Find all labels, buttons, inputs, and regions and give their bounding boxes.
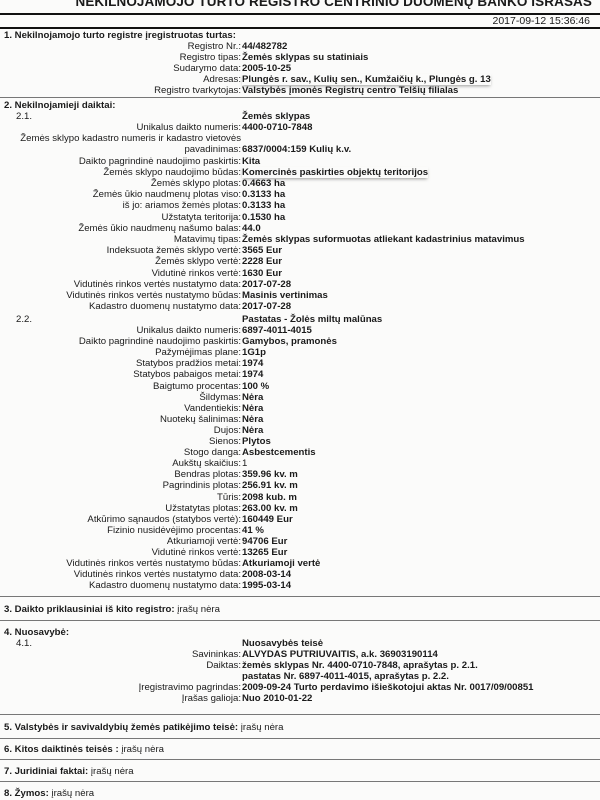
field-label: pavadinimas: [184,144,241,155]
field-value: 2228 Eur [242,256,282,267]
field-value: 2017-07-28 [242,301,291,312]
field-row: Vidutinės rinkos vertės nustatymo būdas:… [0,558,600,569]
field-value: 2008-03-14 [242,569,291,580]
field-label: Stogo danga: [184,447,241,458]
field-label: Registro Nr.: [188,41,241,52]
field-value: Gamybos, pramonės [242,336,337,347]
field-label: Sudarymo data: [173,63,241,74]
section-8-heading: 8. Žymos: įrašų nėra [4,788,94,799]
field-row: Pagrindinis plotas:256.91 kv. m [0,480,600,491]
field-row: Daikto pagrindinė naudojimo paskirtis:Ga… [0,336,600,347]
field-label: Unikalus daikto numeris: [136,325,241,336]
field-row: Nuotekų šalinimas:Nėra [0,414,600,425]
field-row: Unikalus daikto numeris:4400-0710-7848 [0,122,600,133]
field-label: Statybos pabaigos metai: [133,369,241,380]
field-value: 2098 kub. m [242,492,297,503]
field-value: Asbestcementis [242,447,316,458]
field-label: Vidutinės rinkos vertės nustatymo data: [74,569,241,580]
field-value: 0.3133 ha [242,189,285,200]
field-label: Vidutinė rinkos vertė: [152,547,241,558]
field-row: Vidutinės rinkos vertės nustatymo data:2… [0,279,600,290]
field-row: Žemės sklypo vertė:2228 Eur [0,256,600,267]
field-label: Kadastro duomenų nustatymo data: [89,301,241,312]
field-row: Statybos pabaigos metai:1974 [0,369,600,380]
field-label: Bendras plotas: [174,469,241,480]
field-label: Šildymas: [199,392,241,403]
field-value: 4400-0710-7848 [242,122,312,133]
field-row: Sienos:Plytos [0,436,600,447]
field-row: Pažymėjimas plane:1G1p [0,347,600,358]
field-value: 263.00 kv. m [242,503,298,514]
field-row: Žemės ūkio naudmenų našumo balas:44.0 [0,223,600,234]
divider [0,620,600,621]
field-label: Vidutinės rinkos vertės nustatymo būdas: [66,558,241,569]
field-label: Užstatyta teritorija: [162,212,241,223]
field-label: Vidutinės rinkos vertės nustatymo būdas: [66,290,241,301]
field-label: Žemės sklypo vertė: [155,256,241,267]
field-row: Žemės ūkio naudmenų plotas viso:0.3133 h… [0,189,600,200]
field-label: Statybos pradžios metai: [136,358,241,369]
field-value: Plungės r. sav., Kulių sen., Kumžaičių k… [242,74,491,85]
field-value: Kita [242,156,260,167]
field-value: Komercinės paskirties objektų teritorijo… [242,167,428,178]
field-row: Stogo danga:Asbestcementis [0,447,600,458]
field-value: 1G1p [242,347,266,358]
field-label: Atkuriamoji vertė: [167,536,241,547]
field-value: Žemės sklypas suformuotas atliekant kada… [242,234,525,245]
field-label: Unikalus daikto numeris: [136,122,241,133]
section-6-heading: 6. Kitos daiktinės teisės : įrašų nėra [4,744,164,755]
item-number: 2.2. [16,314,32,325]
field-label: Fizinio nusidėvėjimo procentas: [107,525,241,536]
field-row: Registro tipas:Žemės sklypas su statinia… [0,52,600,63]
divider [0,596,600,597]
object-row: Daiktas: žemės sklypas Nr. 4400-0710-784… [0,660,600,671]
item-number: 2.1. [16,111,32,122]
field-label: Registro tvarkytojas: [154,85,241,96]
field-row: Vidutinė rinkos vertė:13265 Eur [0,547,600,558]
no-records-note: įrašų nėra [51,788,94,799]
field-value: Nėra [242,392,263,403]
field-label: Kadastro duomenų nustatymo data: [89,580,241,591]
field-label: Adresas: [203,74,241,85]
field-value: 41 % [242,525,264,536]
field-label: Matavimų tipas: [174,234,241,245]
object-row-2: pastatas Nr. 6897-4011-4015, aprašytas p… [0,671,600,682]
field-row: Daikto pagrindinė naudojimo paskirtis:Ki… [0,156,600,167]
field-row: Adresas:Plungės r. sav., Kulių sen., Kum… [0,74,600,85]
item-title: Žemės sklypas [242,111,310,122]
divider [0,27,600,29]
field-value: 0.4663 ha [242,178,285,189]
field-label: Užstatytas plotas: [165,503,241,514]
field-row: Tūris:2098 kub. m [0,492,600,503]
field-value: 94706 Eur [242,536,287,547]
field-value: 2005-10-25 [242,63,291,74]
field-label: Baigtumo procentas: [153,381,241,392]
field-label: Daikto pagrindinė naudojimo paskirtis: [79,336,241,347]
item-4-1-header: 4.1. Nuosavybės teisė [0,638,600,649]
field-value: 6837/0004:159 Kulių k.v. [242,144,351,155]
field-label: Indeksuota žemės sklypo vertė: [107,245,241,256]
section-1-heading: 1. Nekilnojamojo turto registre įregistr… [4,30,236,41]
owner-value: ALVYDAS PUTRIUVAITIS, a.k. 36903190114 [242,649,438,660]
field-value: Nėra [242,403,263,414]
field-label: Žemės sklypo plotas: [151,178,241,189]
field-row: Užstatyta teritorija:0.1530 ha [0,212,600,223]
section-7-heading: 7. Juridiniai faktai: įrašų nėra [4,766,134,777]
field-row: Atkūrimo sąnaudos (statybos vertė):16044… [0,514,600,525]
no-records-note: įrašų nėra [177,604,220,615]
registration-basis-row: Įregistravimo pagrindas: 2009-09-24 Turt… [0,682,600,693]
item-title: Pastatas - Žolės miltų malūnas [242,314,382,325]
field-label: Sienos: [209,436,241,447]
field-label: Nuotekų šalinimas: [160,414,241,425]
field-label: Pagrindinis plotas: [163,480,241,491]
field-row: Atkuriamoji vertė:94706 Eur [0,536,600,547]
field-row: Žemės sklypo kadastro numeris ir kadastr… [0,133,600,144]
field-label: Žemės ūkio naudmenų našumo balas: [78,223,241,234]
field-row: Bendras plotas:359.96 kv. m [0,469,600,480]
field-value: 1974 [242,358,263,369]
divider [0,759,600,760]
field-row: Fizinio nusidėvėjimo procentas:41 % [0,525,600,536]
field-row: Dujos:Nėra [0,425,600,436]
divider [0,714,600,715]
field-label: Žemės sklypo kadastro numeris ir kadastr… [20,133,241,144]
field-value: 1974 [242,369,263,380]
field-label: Tūris: [217,492,241,503]
field-value: Nėra [242,425,263,436]
field-value: 100 % [242,381,269,392]
field-row: Vandentiekis:Nėra [0,403,600,414]
field-row: Žemės sklypo naudojimo būdas:Komercinės … [0,167,600,178]
field-value: 1 [242,458,247,469]
timestamp: 2017-09-12 15:36:46 [493,15,591,27]
section-2-heading: 2. Nekilnojamieji daiktai: [4,100,115,111]
field-label: iš jo: ariamos žemės plotas: [123,200,241,211]
field-label: Registro tipas: [180,52,241,63]
item-number: 4.1. [16,638,32,649]
field-value: 0.1530 ha [242,212,285,223]
field-label: Vandentiekis: [184,403,241,414]
field-value: 44.0 [242,223,261,234]
divider [0,738,600,739]
field-row: Registro tvarkytojas:Valstybės įmonės Re… [0,85,600,96]
field-value: 2017-07-28 [242,279,291,290]
field-row: Vidutinės rinkos vertės nustatymo data:2… [0,569,600,580]
field-value: 44/482782 [242,41,287,52]
field-value: Valstybės įmonės Registrų centro Telšių … [242,85,458,96]
document-title: NEKILNOJAMOJO TURTO REGISTRO CENTRINIO D… [0,0,600,9]
field-label: Daikto pagrindinė naudojimo paskirtis: [79,156,241,167]
field-label: Atkūrimo sąnaudos (statybos vertė): [87,514,241,525]
field-row: pavadinimas:6837/0004:159 Kulių k.v. [0,144,600,155]
field-value: 13265 Eur [242,547,287,558]
field-row: Vidutinė rinkos vertė:1630 Eur [0,268,600,279]
field-label: Pažymėjimas plane: [155,347,241,358]
no-records-note: įrašų nėra [91,766,134,777]
field-row: Registro Nr.:44/482782 [0,41,600,52]
field-value: 3565 Eur [242,245,282,256]
item-title: Nuosavybės teisė [242,638,323,649]
field-value: 6897-4011-4015 [242,325,312,336]
item-2-1-header: 2.1. Žemės sklypas [0,111,600,122]
field-row: Sudarymo data:2005-10-25 [0,63,600,74]
field-row: iš jo: ariamos žemės plotas:0.3133 ha [0,200,600,211]
field-row: Kadastro duomenų nustatymo data:1995-03-… [0,580,600,591]
field-row: Matavimų tipas:Žemės sklypas suformuotas… [0,234,600,245]
field-label: Dujos: [214,425,241,436]
field-label: Aukštų skaičius: [172,458,241,469]
field-value: 1630 Eur [242,268,282,279]
field-row: Aukštų skaičius:1 [0,458,600,469]
field-row: Kadastro duomenų nustatymo data:2017-07-… [0,301,600,312]
field-row: Žemės sklypo plotas:0.4663 ha [0,178,600,189]
field-value: Plytos [242,436,271,447]
field-label: Vidutinė rinkos vertė: [152,268,241,279]
field-value: 0.3133 ha [242,200,285,211]
section-3-heading: 3. Daikto priklausiniai iš kito registro… [4,604,220,615]
field-row: Indeksuota žemės sklypo vertė:3565 Eur [0,245,600,256]
field-value: Žemės sklypas su statiniais [242,52,368,63]
field-row: Šildymas:Nėra [0,392,600,403]
divider [0,781,600,782]
divider [0,97,600,98]
field-value: 1995-03-14 [242,580,291,591]
field-label: Žemės sklypo naudojimo būdas: [103,167,241,178]
field-value: Atkuriamoji vertė [242,558,320,569]
field-row: Unikalus daikto numeris:6897-4011-4015 [0,325,600,336]
field-value: 160449 Eur [242,514,293,525]
field-value: 359.96 kv. m [242,469,298,480]
field-value: 256.91 kv. m [242,480,298,491]
section-5-heading: 5. Valstybės ir savivaldybių žemės patik… [4,722,283,733]
section-4-heading: 4. Nuosavybė: [4,627,69,638]
field-label: Žemės ūkio naudmenų plotas viso: [93,189,241,200]
field-value: Masinis vertinimas [242,290,328,301]
no-records-note: įrašų nėra [241,722,284,733]
field-row: Statybos pradžios metai:1974 [0,358,600,369]
field-label: Vidutinės rinkos vertės nustatymo data: [74,279,241,290]
owner-row: Savininkas: ALVYDAS PUTRIUVAITIS, a.k. 3… [0,649,600,660]
field-row: Vidutinės rinkos vertės nustatymo būdas:… [0,290,600,301]
no-records-note: įrašų nėra [121,744,164,755]
item-2-2-header: 2.2. Pastatas - Žolės miltų malūnas [0,314,600,325]
field-row: Baigtumo procentas:100 % [0,381,600,392]
record-valid-row: Įrašas galioja: Nuo 2010-01-22 [0,693,600,704]
field-value: Nėra [242,414,263,425]
field-row: Užstatytas plotas:263.00 kv. m [0,503,600,514]
